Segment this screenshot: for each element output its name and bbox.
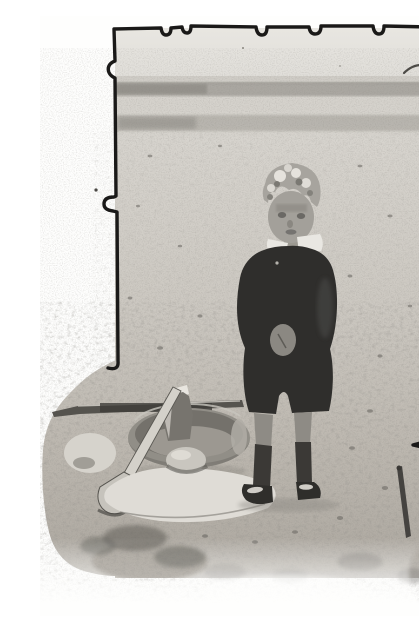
vintage-photo: Child on the beach with sand toys — [40, 16, 419, 616]
clasped-hands — [270, 324, 296, 356]
photo-content — [40, 28, 419, 601]
left-sock — [253, 444, 272, 488]
face — [268, 191, 314, 243]
right-knee — [294, 412, 312, 444]
left-knee — [254, 413, 273, 448]
photo-canvas — [40, 16, 419, 616]
sky-speck — [339, 65, 341, 67]
right-sock — [295, 442, 312, 484]
ink-dot — [94, 188, 97, 191]
arm-sheen — [317, 278, 333, 338]
sky-speck — [242, 47, 244, 49]
button — [275, 261, 278, 264]
